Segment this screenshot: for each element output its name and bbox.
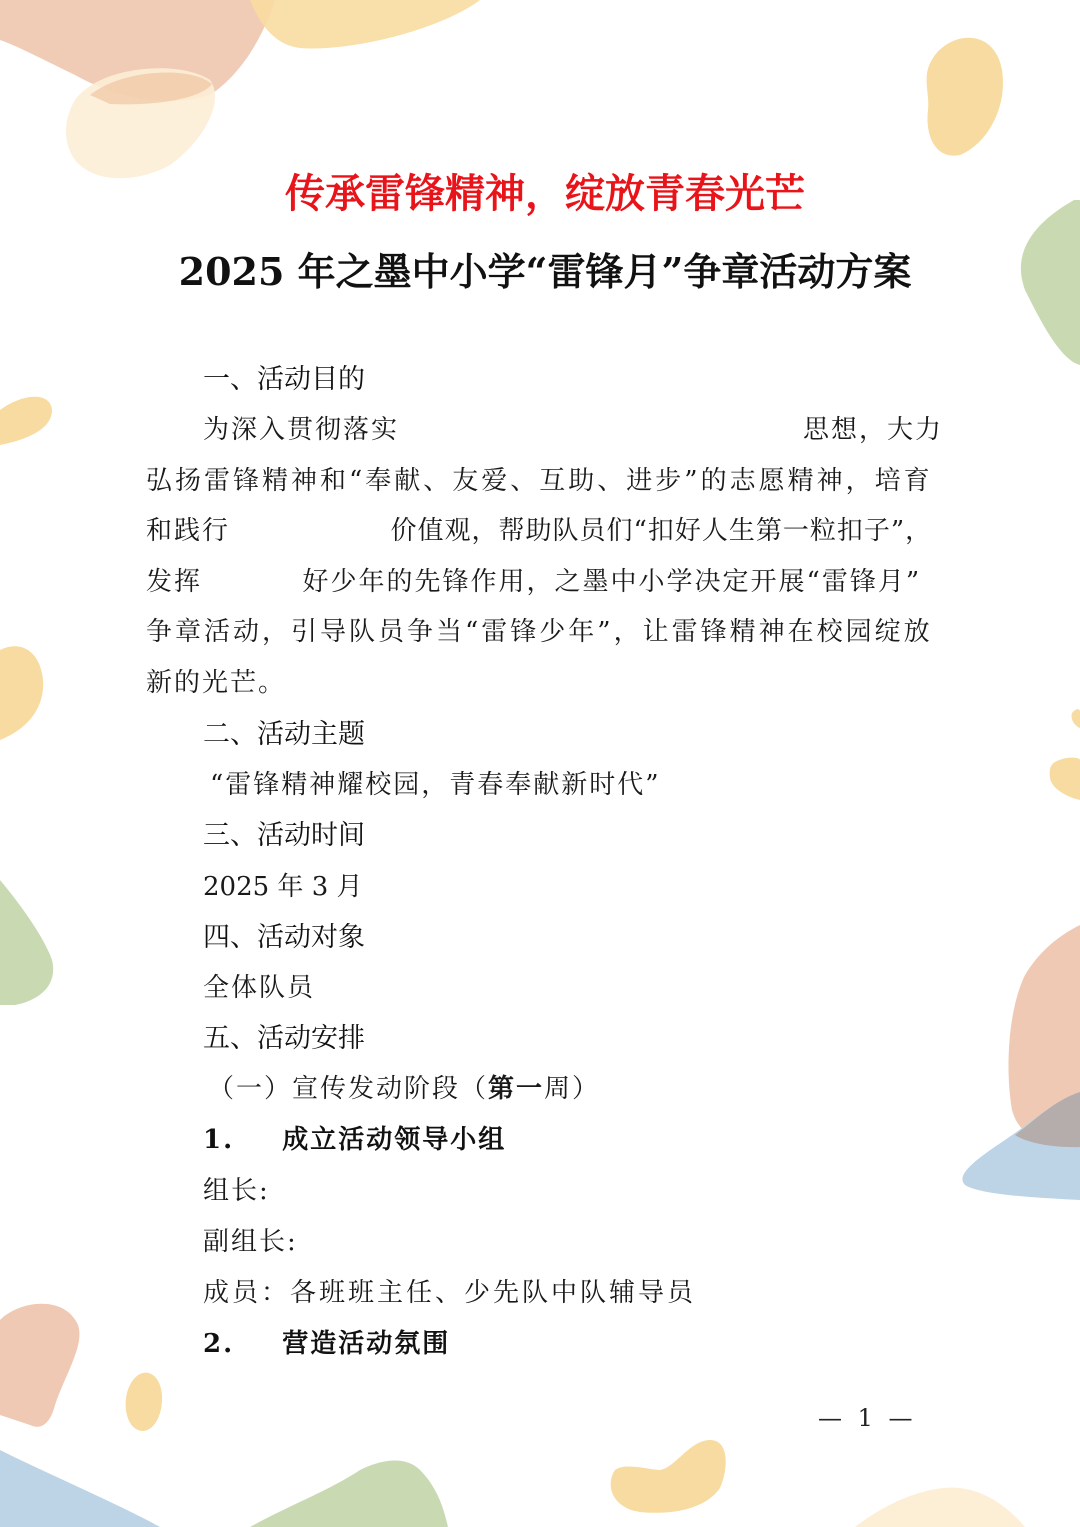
paragraph-line-3-right: 价值观，帮助队员们“扣好人生第一粒扣子”， (391, 516, 933, 546)
paragraph-line-4-right: 好少年的先锋作用，之墨中小学决定开展“雷锋月” (303, 567, 922, 597)
paragraph-line-1: 为深入贯彻落实 思想，大力 (203, 412, 943, 448)
paragraph-line-3: 和践行 价值观，帮助队员们“扣好人生第一粒扣子”， (146, 513, 956, 549)
deputy-leader-line: 副组长: (203, 1224, 298, 1260)
paragraph-line-2: 弘扬雷锋精神和“奉献、友爱、互助、进步”的志愿精神，培育 (146, 463, 933, 499)
paragraph-line-4: 发挥 好少年的先锋作用，之墨中小学决定开展“雷锋月” (146, 564, 921, 600)
subsection-label-bold: 第一 (488, 1074, 544, 1104)
members-line: 成员：各班班主任、少先队中队辅导员 (203, 1275, 696, 1311)
activity-theme-text: “雷锋精神耀校园，青春奉献新时代” (210, 767, 661, 803)
paragraph-line-1-left: 为深入贯彻落实 (203, 412, 399, 448)
document-page: 传承雷锋精神，绽放青春光芒 2025 年之墨中小学“雷锋月”争章活动方案 一、活… (0, 0, 1080, 1527)
section-heading-arrangement: 五、活动安排 (203, 1021, 365, 1057)
list-item-2-number: 2. (203, 1329, 234, 1359)
section-heading-theme: 二、活动主题 (203, 717, 365, 753)
activity-target-text: 全体队员 (203, 970, 315, 1006)
list-item-1-number: 1. (203, 1125, 234, 1155)
subsection-label-prefix: （一）宣传发动阶段（ (208, 1074, 488, 1104)
subsection-heading-phase-1: （一）宣传发动阶段（第一周） (208, 1071, 600, 1107)
subsection-label-suffix: 周） (544, 1074, 600, 1104)
document-title: 2025 年之墨中小学“雷锋月”争章活动方案 (0, 246, 1080, 298)
section-heading-target: 四、活动对象 (203, 920, 365, 956)
paragraph-line-1-right: 思想，大力 (803, 412, 943, 448)
activity-time-text: 2025 年 3 月 (203, 869, 363, 905)
page-number: — 1 — (818, 1404, 917, 1432)
section-heading-purpose: 一、活动目的 (203, 362, 365, 398)
group-leader-line: 组长: (203, 1173, 270, 1209)
document-subtitle-red: 传承雷锋精神，绽放青春光芒 (0, 168, 1080, 220)
paragraph-line-4-left: 发挥 (146, 567, 202, 597)
section-heading-time: 三、活动时间 (203, 818, 365, 854)
list-item-2-title: 营造活动氛围 (282, 1329, 450, 1359)
paragraph-line-3-left: 和践行 (146, 516, 230, 546)
list-item-1-heading: 1. 成立活动领导小组 (203, 1122, 506, 1158)
list-item-1-title: 成立活动领导小组 (282, 1125, 506, 1155)
paragraph-line-5: 争章活动，引导队员争当“雷锋少年”，让雷锋精神在校园绽放 (146, 614, 933, 650)
paragraph-line-6: 新的光芒。 (146, 665, 286, 701)
list-item-2-heading: 2. 营造活动氛围 (203, 1326, 450, 1362)
